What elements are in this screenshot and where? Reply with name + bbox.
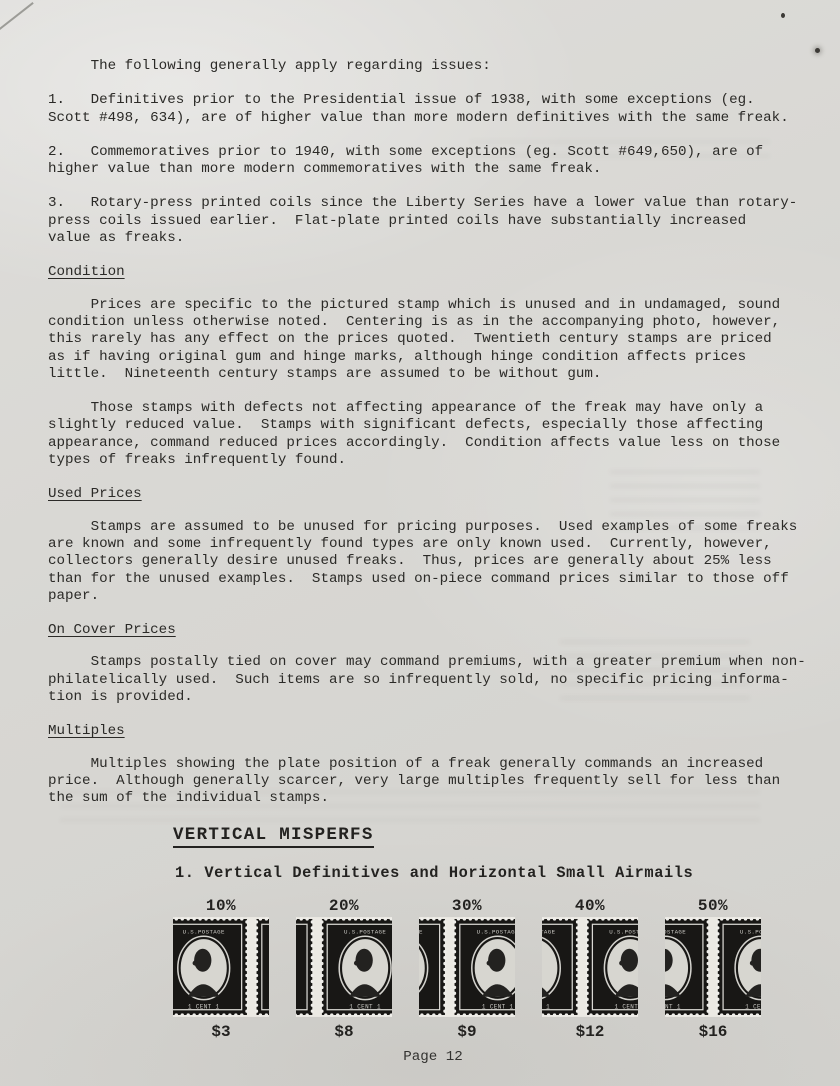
percent-label: 20% bbox=[329, 897, 359, 915]
stamp-photo bbox=[665, 917, 761, 1017]
dust-speck bbox=[815, 48, 820, 53]
stamp-figure-20pct: 20% $8 bbox=[296, 897, 392, 1041]
stamp-figure-50pct: 50% $16 bbox=[665, 897, 761, 1041]
misperf-stamps-row: 10% $3 20% $8 30% bbox=[173, 897, 818, 1041]
stamp-photo bbox=[419, 917, 515, 1017]
price-label: $16 bbox=[699, 1023, 728, 1041]
stamp-figure-40pct: 40% $12 bbox=[542, 897, 638, 1041]
section-heading-condition: Condition bbox=[48, 264, 818, 281]
percent-label: 30% bbox=[452, 897, 482, 915]
intro-paragraph: The following generally apply regarding … bbox=[48, 58, 818, 75]
dust-speck bbox=[781, 13, 785, 18]
document-content: The following generally apply regarding … bbox=[48, 58, 818, 1065]
misperfs-subheading: 1. Vertical Definitives and Horizontal S… bbox=[175, 864, 818, 883]
percent-label: 50% bbox=[698, 897, 728, 915]
paragraph-used-prices: Stamps are assumed to be unused for pric… bbox=[48, 519, 818, 605]
vertical-misperfs-heading-text: VERTICAL MISPERFS bbox=[173, 825, 374, 848]
section-heading-multiples: Multiples bbox=[48, 723, 818, 740]
percent-label: 10% bbox=[206, 897, 236, 915]
stamp-photo bbox=[296, 917, 392, 1017]
price-label: $8 bbox=[334, 1023, 353, 1041]
percent-label: 40% bbox=[575, 897, 605, 915]
price-label: $9 bbox=[457, 1023, 476, 1041]
section-heading-on-cover-prices: On Cover Prices bbox=[48, 622, 818, 639]
stamp-photo bbox=[542, 917, 638, 1017]
page-footer: Page 12 bbox=[48, 1049, 818, 1065]
stamp-photo bbox=[173, 917, 269, 1017]
price-label: $12 bbox=[576, 1023, 605, 1041]
paragraph-multiples: Multiples showing the plate position of … bbox=[48, 756, 818, 808]
stamp-figure-10pct: 10% $3 bbox=[173, 897, 269, 1041]
page-corner-mark bbox=[0, 2, 34, 32]
paragraph-condition-1: Prices are specific to the pictured stam… bbox=[48, 297, 818, 383]
section-heading-used-prices: Used Prices bbox=[48, 486, 818, 503]
numbered-item-2: 2. Commemoratives prior to 1940, with so… bbox=[48, 144, 818, 179]
paragraph-on-cover-prices: Stamps postally tied on cover may comman… bbox=[48, 654, 818, 706]
paragraph-condition-2: Those stamps with defects not affecting … bbox=[48, 400, 818, 469]
vertical-misperfs-heading: VERTICAL MISPERFS bbox=[173, 825, 818, 848]
stamp-figure-30pct: 30% $9 bbox=[419, 897, 515, 1041]
price-label: $3 bbox=[211, 1023, 230, 1041]
numbered-item-1: 1. Definitives prior to the Presidential… bbox=[48, 92, 818, 127]
scanned-page: U.S.POSTAGE 1 CENT 1 The following gener… bbox=[0, 0, 840, 1086]
numbered-item-3: 3. Rotary-press printed coils since the … bbox=[48, 195, 818, 247]
